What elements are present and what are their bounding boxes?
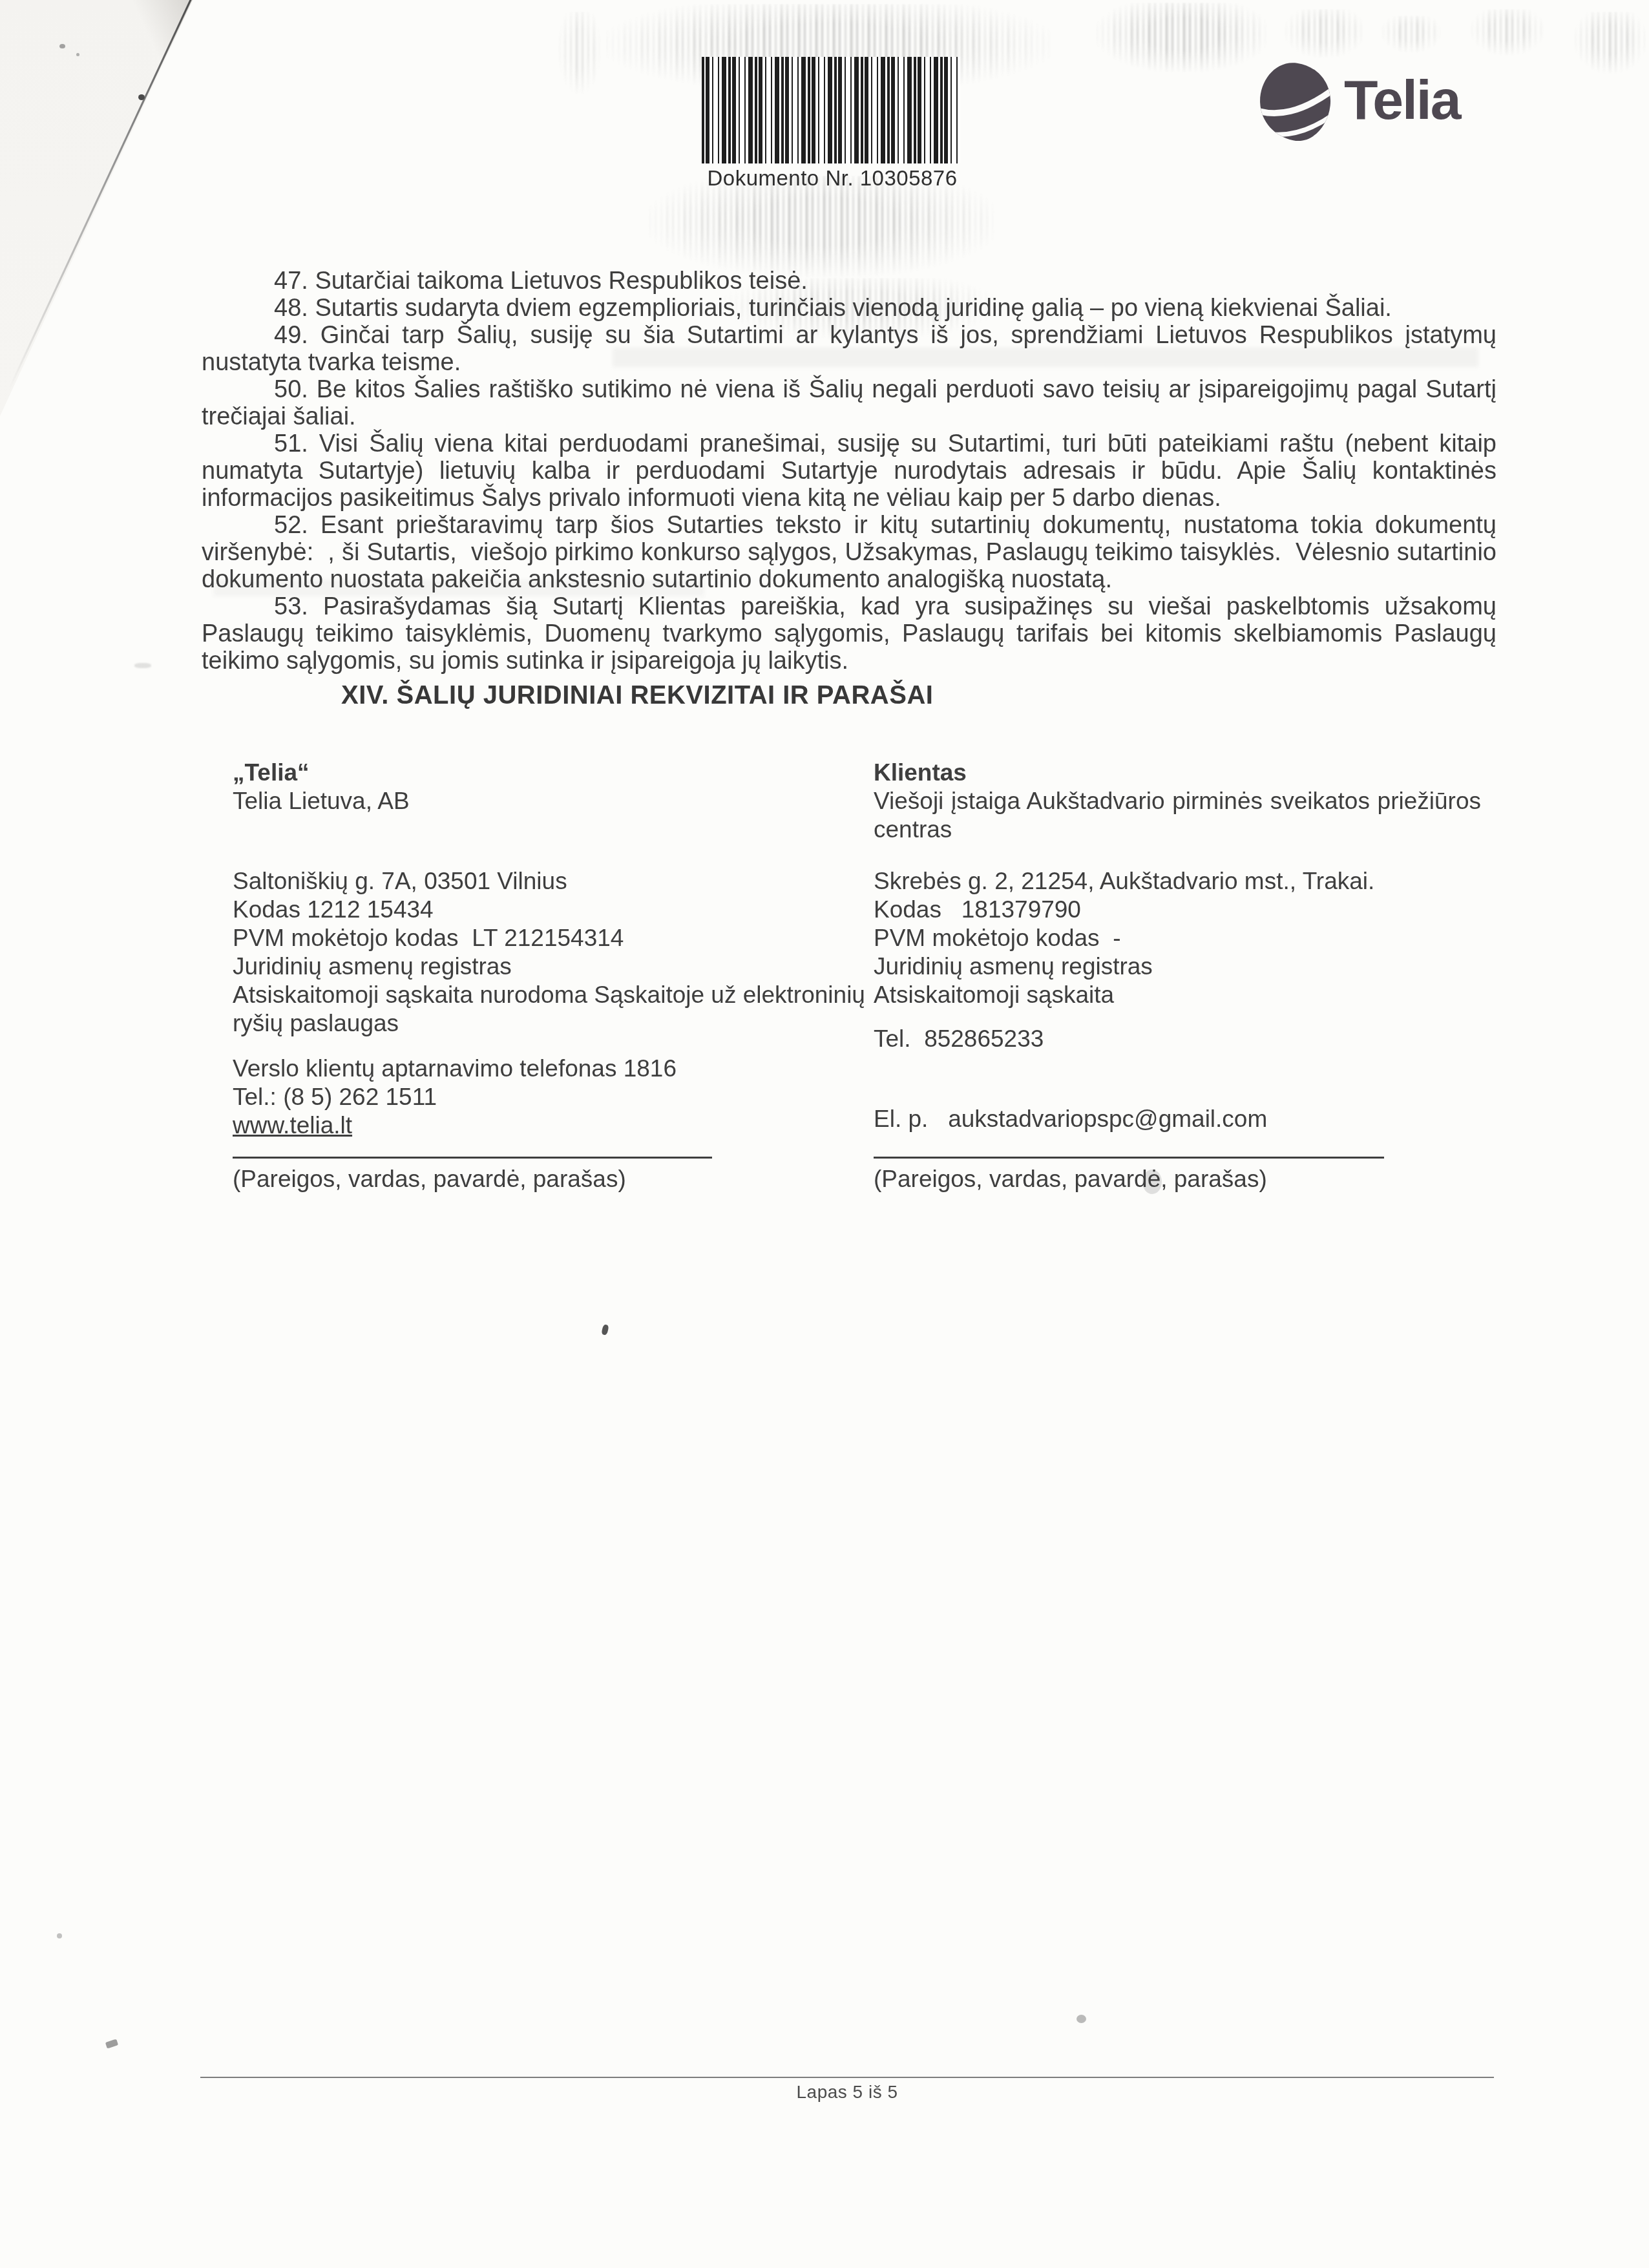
contract-clause-51: 51. Visi Šalių viena kitai perduodami pr… xyxy=(202,430,1497,512)
contract-clause-49: 49. Ginčai tarp Šalių, susiję su šia Sut… xyxy=(202,322,1497,376)
client-code: Kodas 181379790 xyxy=(874,896,1481,924)
client-label: Klientas xyxy=(874,759,1481,787)
contract-clause-50: 50. Be kitos Šalies raštiško sutikimo nė… xyxy=(202,376,1497,430)
scan-speck xyxy=(57,1933,62,1938)
section-heading: XIV. ŠALIŲ JURIDINIAI REKVIZITAI IR PARA… xyxy=(341,681,933,710)
client-registry: Juridinių asmenų registras xyxy=(874,952,1481,981)
scan-speck xyxy=(105,2039,118,2048)
client-vat-code: PVM mokėtojo kodas - xyxy=(874,924,1481,952)
page-number-label: Lapas 5 iš 5 xyxy=(200,2082,1494,2103)
client-requisites: Klientas Viešoji įstaiga Aukštadvario pi… xyxy=(874,759,1481,1193)
scan-smudge xyxy=(1096,3,1269,72)
client-phone: Tel. 852865233 xyxy=(874,1025,1481,1053)
scan-speck xyxy=(138,94,145,100)
scan-smudge xyxy=(1471,9,1544,56)
contract-clause-53: 53. Pasirašydamas šią Sutartį Klientas p… xyxy=(202,593,1497,675)
client-signature-line xyxy=(874,1157,1384,1159)
provider-name: „Telia“ xyxy=(233,759,879,787)
scan-smudge xyxy=(1381,16,1441,53)
client-company: Viešoji įstaiga Aukštadvario pirminės sv… xyxy=(874,787,1481,844)
provider-requisites: „Telia“ Telia Lietuva, AB Saltoniškių g.… xyxy=(233,759,879,1193)
scan-speck xyxy=(76,53,79,56)
client-address: Skrebės g. 2, 21254, Aukštadvario mst., … xyxy=(874,867,1481,896)
telia-globe-icon xyxy=(1256,61,1335,154)
scanned-contract-page: Dokumento Nr. 10305876 Telia 47. Sutarči… xyxy=(0,0,1649,2268)
client-account: Atsiskaitomoji sąskaita xyxy=(874,981,1481,1009)
telia-logo-text: Telia xyxy=(1344,72,1460,128)
provider-vat-code: PVM mokėtojo kodas LT 212154314 xyxy=(233,924,879,952)
scan-smudge xyxy=(1574,12,1646,74)
document-number-label: Dokumento Nr. 10305876 xyxy=(690,166,974,191)
scan-speck xyxy=(1077,2015,1086,2023)
scan-smudge xyxy=(558,12,601,94)
contract-clauses: 47. Sutarčiai taikoma Lietuvos Respublik… xyxy=(202,268,1497,675)
contract-clause-48: 48. Sutartis sudaryta dviem egzemplioria… xyxy=(202,295,1497,322)
provider-code: Kodas 1212 15434 xyxy=(233,896,879,924)
scan-smudge xyxy=(1285,9,1365,58)
footer-rule xyxy=(200,2077,1494,2078)
contract-clause-47: 47. Sutarčiai taikoma Lietuvos Respublik… xyxy=(202,268,1497,295)
scan-corner-artifact xyxy=(0,0,194,416)
provider-account: Atsiskaitomoji sąskaita nurodoma Sąskait… xyxy=(233,981,879,1038)
scan-speck xyxy=(134,663,151,668)
scan-speck xyxy=(59,44,65,48)
contract-clause-52: 52. Esant prieštaravimų tarp šios Sutart… xyxy=(202,512,1497,593)
provider-registry: Juridinių asmenų registras xyxy=(233,952,879,981)
telia-logo: Telia xyxy=(1256,61,1460,154)
provider-company: Telia Lietuva, AB xyxy=(233,787,879,815)
scan-smudge xyxy=(649,176,998,278)
provider-signature-line xyxy=(233,1157,712,1159)
provider-phone: Tel.: (8 5) 262 1511 xyxy=(233,1083,879,1111)
scan-speck xyxy=(601,1324,609,1336)
document-barcode xyxy=(702,57,960,163)
provider-address: Saltoniškių g. 7A, 03501 Vilnius xyxy=(233,867,879,896)
client-signature-caption: (Pareigos, vardas, pavardė, parašas) xyxy=(874,1165,1481,1193)
provider-website-link: www.telia.lt xyxy=(233,1111,879,1140)
provider-signature-caption: (Pareigos, vardas, pavardė, parašas) xyxy=(233,1165,879,1193)
provider-support-phone: Verslo klientų aptarnavimo telefonas 181… xyxy=(233,1055,879,1083)
client-email: El. p. aukstadvariopspc@gmail.com xyxy=(874,1105,1481,1133)
